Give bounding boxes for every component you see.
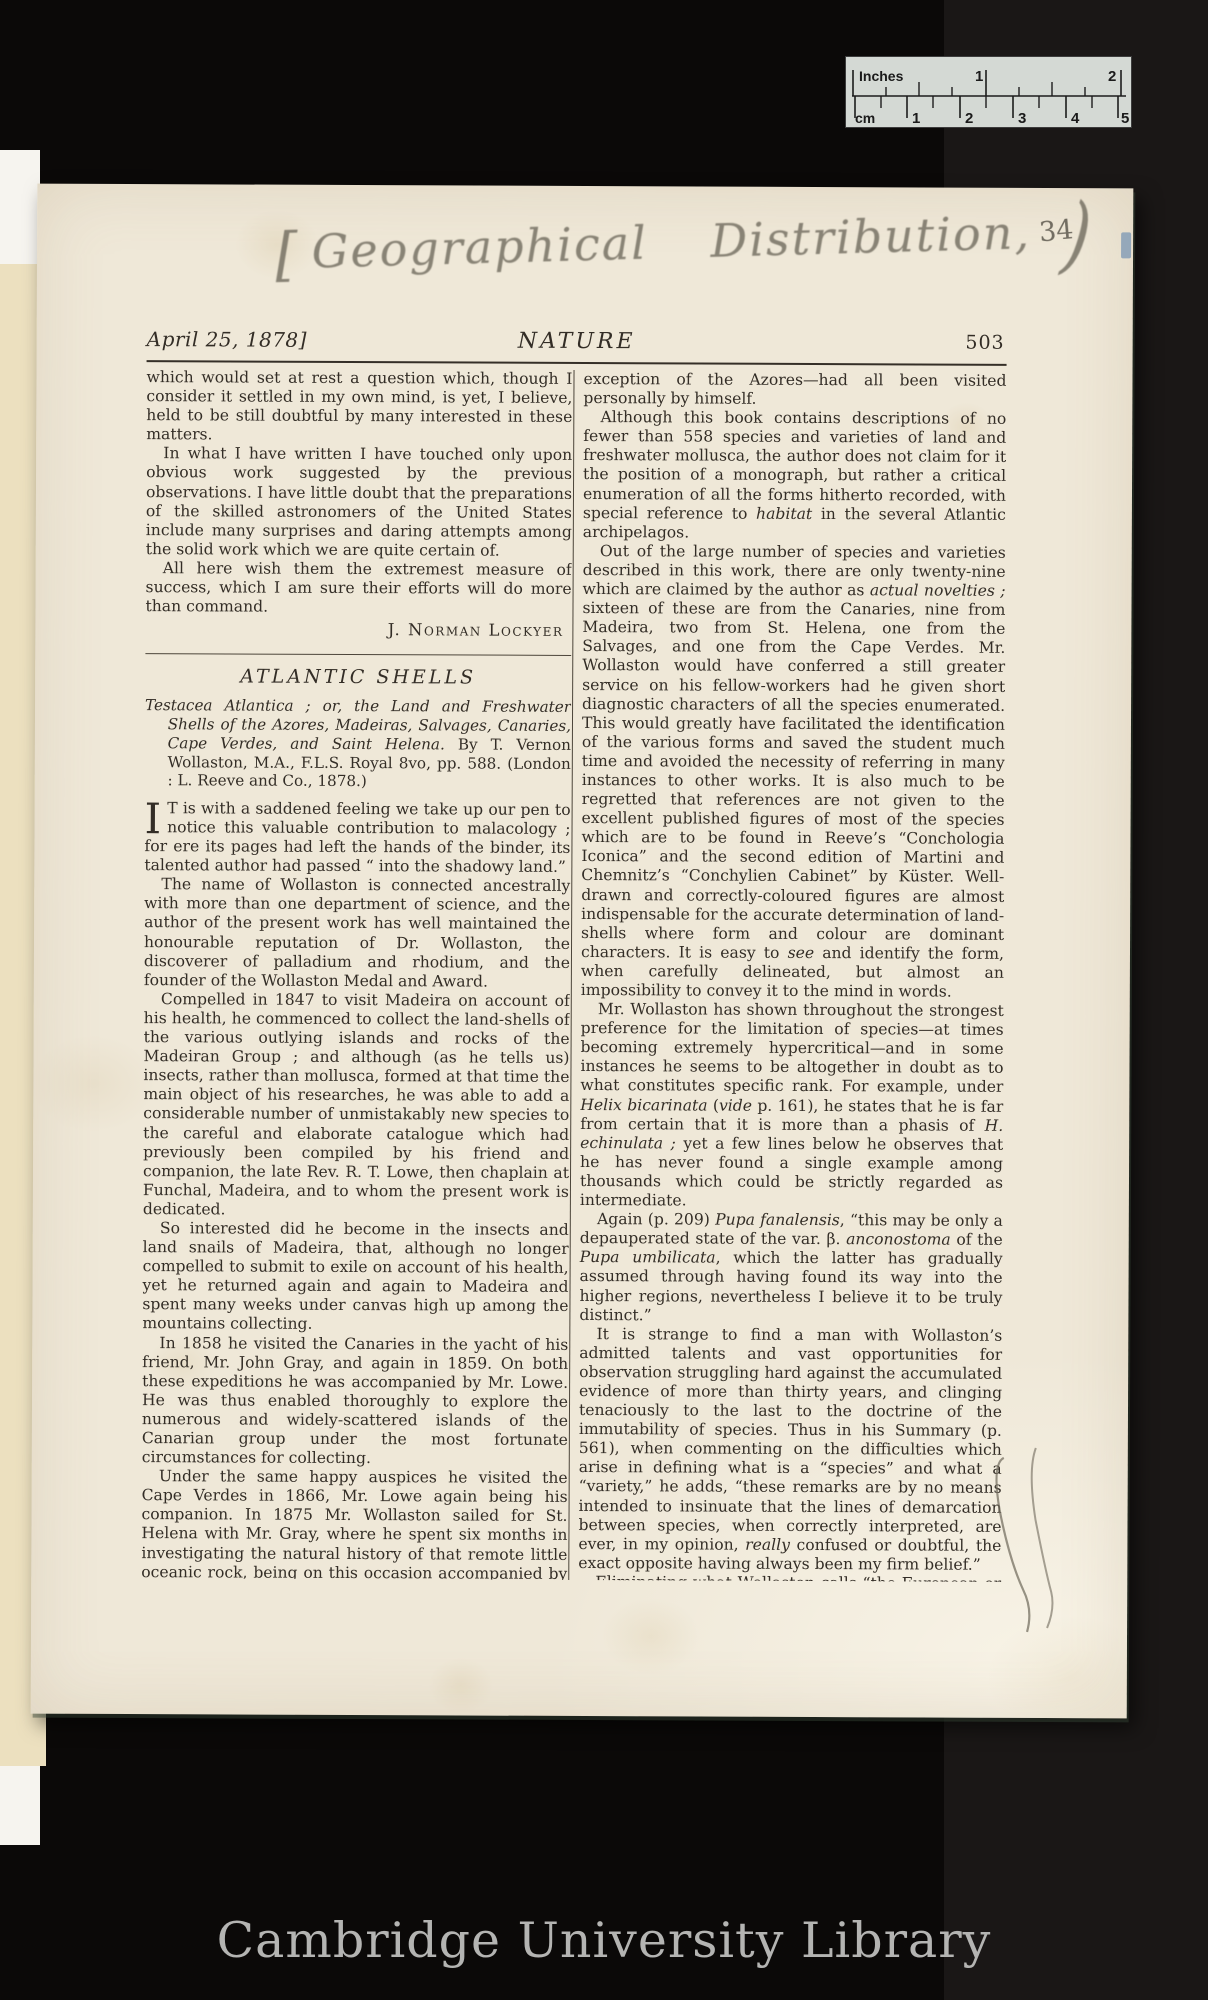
book-citation: Testacea Atlantica ; or, the Land and Fr… bbox=[145, 696, 571, 791]
ruler-cm-5: 5 bbox=[1121, 110, 1129, 127]
ruler-cm-label: cm bbox=[855, 110, 875, 126]
paragraph: which would set at rest a question which… bbox=[146, 368, 572, 446]
paragraph: Although this book contains descriptions… bbox=[583, 408, 1007, 544]
paragraph: Compelled in 1847 to visit Madeira on ac… bbox=[143, 990, 570, 1221]
header-rule bbox=[147, 360, 1007, 366]
blue-edge-mark bbox=[1121, 232, 1131, 258]
ruler-cm-2: 2 bbox=[965, 110, 973, 127]
paragraph: Out of the large number of species and v… bbox=[581, 542, 1006, 1002]
pencil-page-number: 34 bbox=[1038, 215, 1075, 249]
paragraph: exception of the Azores—had all been vis… bbox=[583, 370, 1006, 410]
author-signature: J. Norman Lockyer bbox=[145, 619, 571, 640]
left-column: which would set at rest a question which… bbox=[141, 368, 572, 1580]
paragraph: Mr. Wollaston has shown throughout the s… bbox=[580, 1000, 1004, 1212]
ruler-inch-2: 2 bbox=[1108, 68, 1116, 85]
ruler-cm-1: 1 bbox=[912, 110, 920, 127]
paragraph: All here wish them the extremest measure… bbox=[145, 559, 571, 618]
journal-title: NATURE bbox=[147, 327, 1007, 356]
paragraph: In what I have written I have touched on… bbox=[146, 444, 572, 560]
ruler-cm-4: 4 bbox=[1071, 110, 1080, 127]
paragraph: Again (p. 209) Pupa fanalensis, “this ma… bbox=[579, 1210, 1002, 1326]
library-watermark: Cambridge University Library bbox=[0, 1912, 1208, 1969]
pencil-margin-marks bbox=[989, 1440, 1070, 1640]
paragraph: IT is with a saddened feeling we take up… bbox=[144, 799, 570, 877]
paragraph: Under the same happy auspices he visited… bbox=[141, 1467, 567, 1580]
paragraph: Eliminating what Wollaston calls “the Eu… bbox=[578, 1573, 1001, 1582]
paragraph: The name of Wollaston is connected ances… bbox=[144, 875, 570, 991]
pencil-annotation: [Geographical Distribution,) bbox=[274, 203, 916, 294]
ruler-inches-label: Inches bbox=[859, 68, 904, 84]
paragraph: So interested did he become in the insec… bbox=[142, 1219, 568, 1335]
ruler-inch-1: 1 bbox=[975, 68, 983, 85]
section-divider bbox=[145, 653, 571, 656]
paragraph: In 1858 he visited the Canaries in the y… bbox=[142, 1334, 569, 1470]
ruler-cm-3: 3 bbox=[1018, 110, 1026, 127]
paragraph: It is strange to find a man with Wollast… bbox=[578, 1325, 1002, 1575]
pencil-annotation-text: Geographical Distribution, bbox=[311, 205, 1032, 278]
measurement-ruler: Inches 1 2 cm 1 2 3 4 5 bbox=[845, 56, 1132, 128]
right-column: exception of the Azores—had all been vis… bbox=[578, 370, 1006, 1582]
article-title: ATLANTIC SHELLS bbox=[145, 667, 571, 688]
page-number: 503 bbox=[965, 332, 1004, 354]
page-header: April 25, 1878] NATURE 503 bbox=[147, 327, 1007, 361]
pencil-open-bracket: [ bbox=[274, 220, 298, 289]
journal-page: [Geographical Distribution,) 34 April 25… bbox=[31, 184, 1134, 1719]
